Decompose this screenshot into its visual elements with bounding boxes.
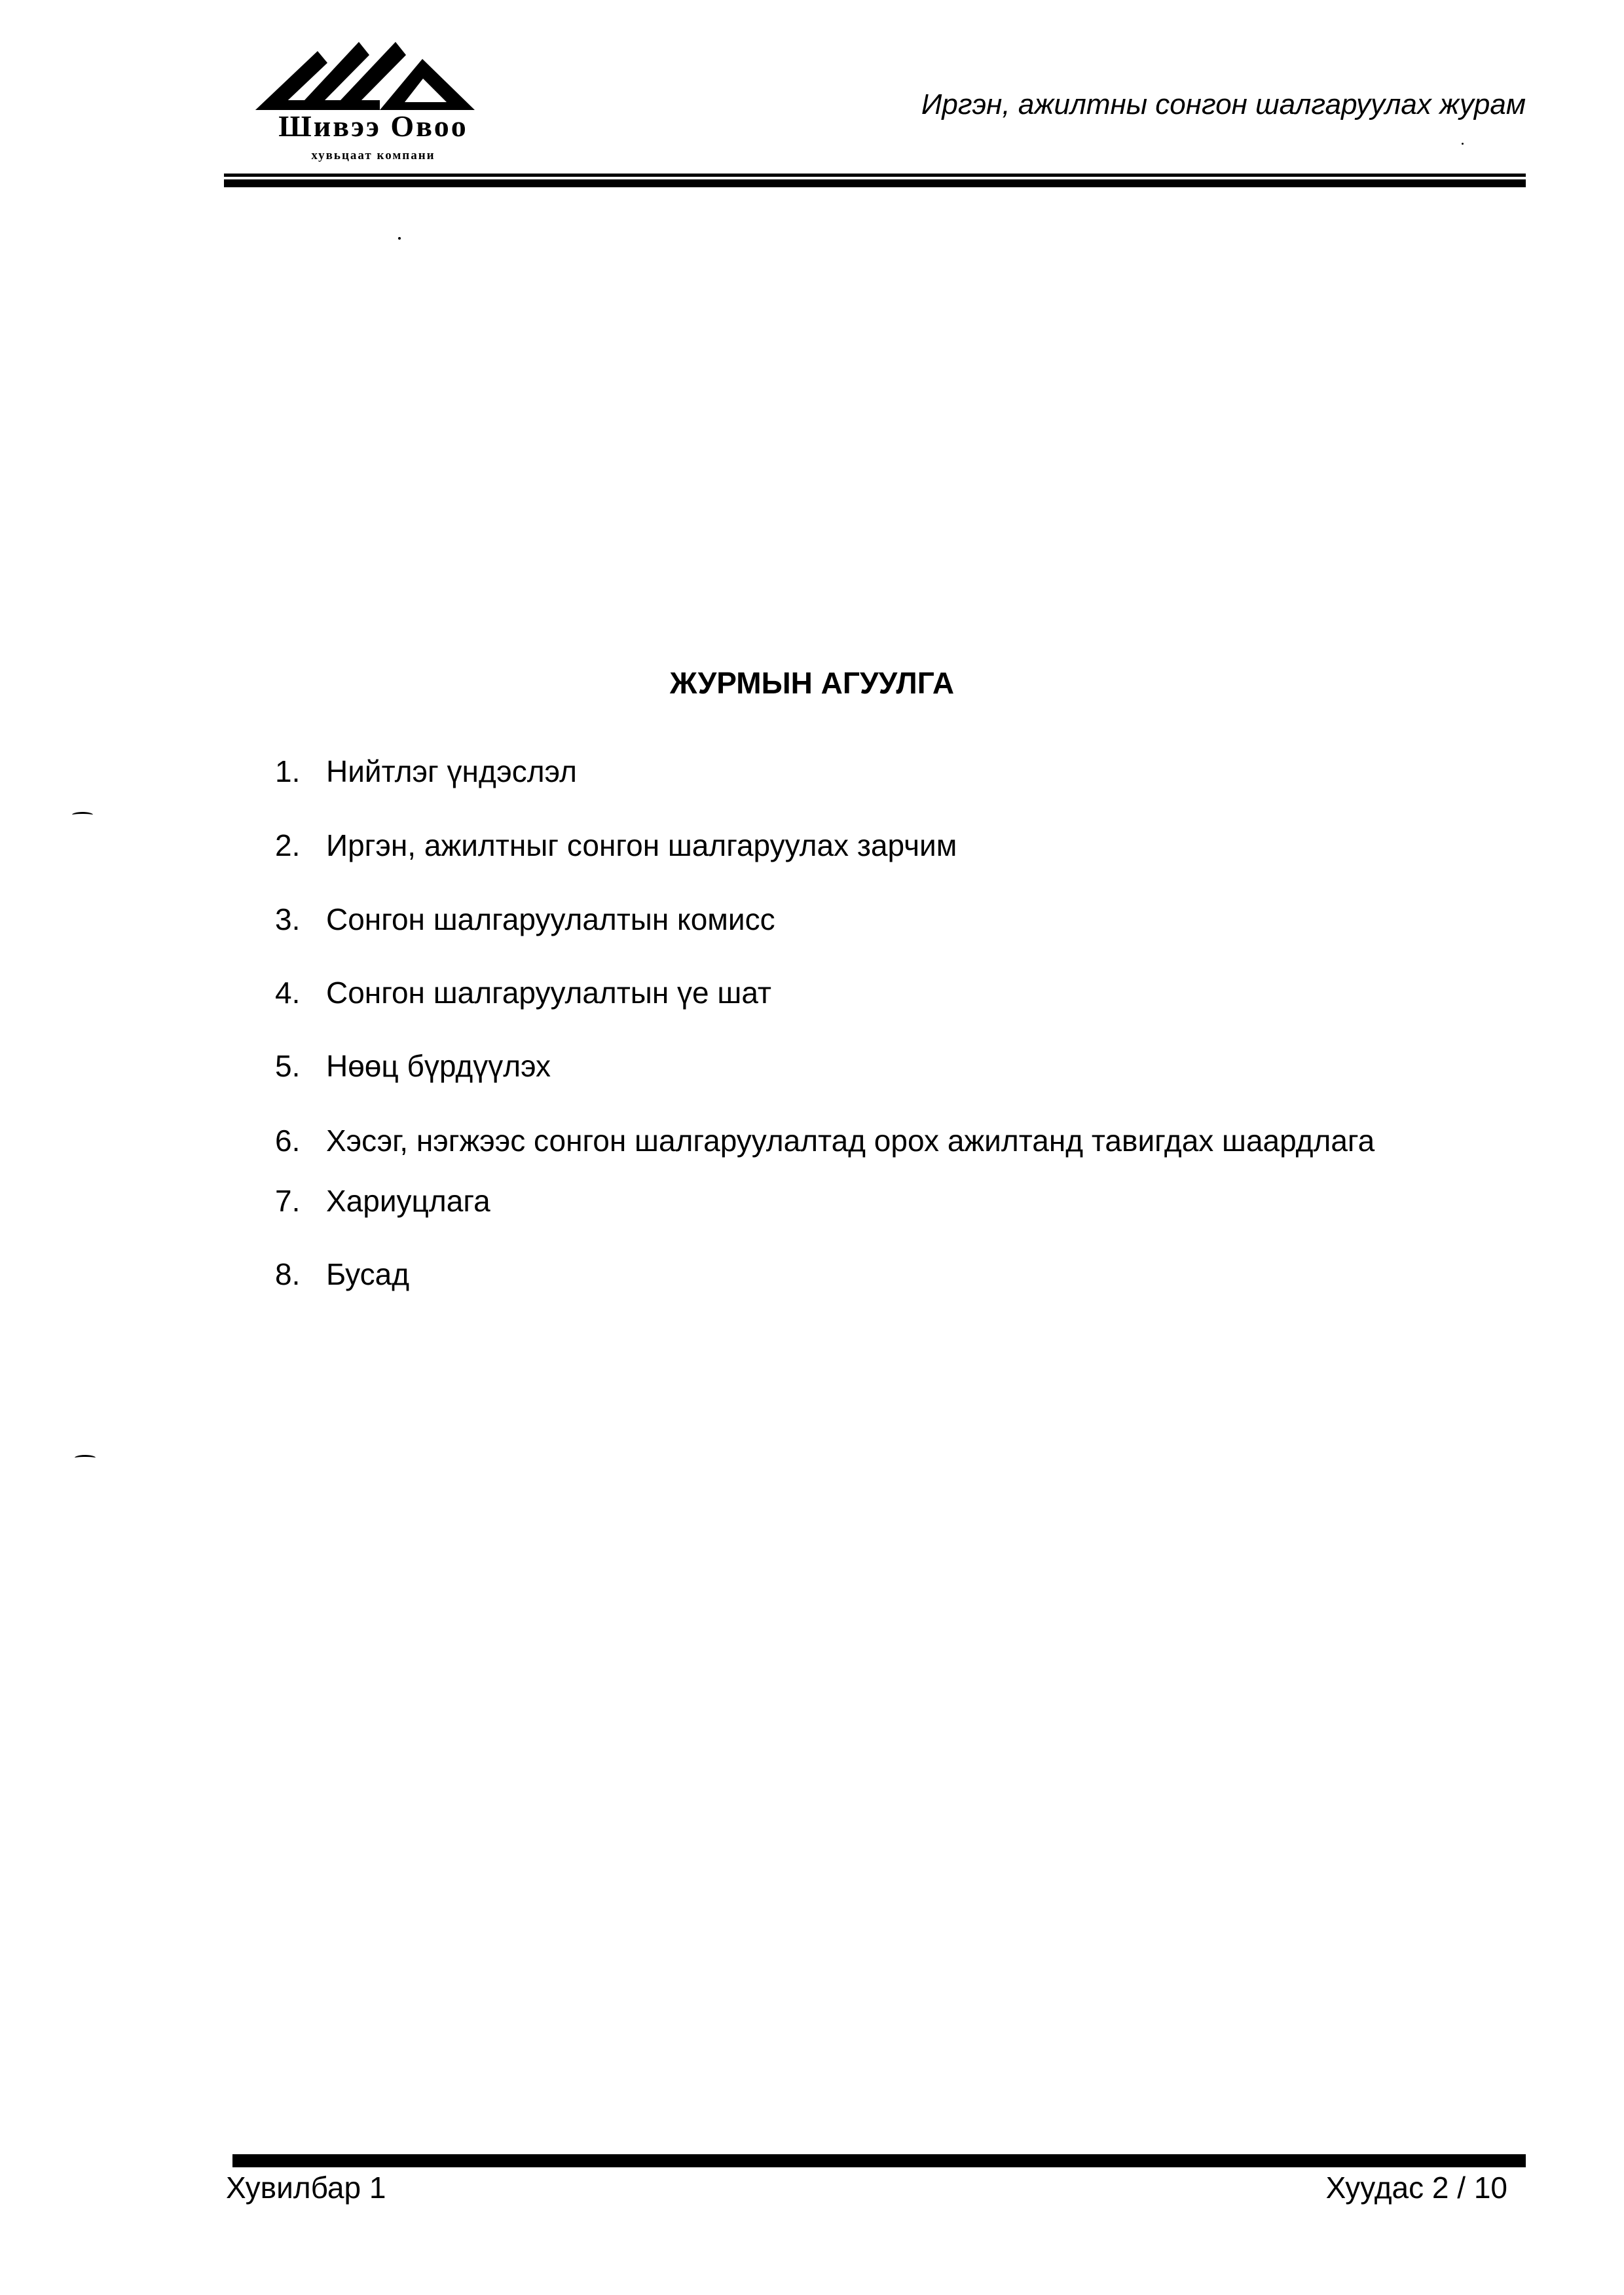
toc-item-label: Хариуцлага [326, 1184, 490, 1218]
margin-mark [72, 812, 93, 818]
company-name: Шивээ Овоо [249, 111, 498, 141]
toc-item-number: 3. [275, 904, 326, 934]
toc-item-number: 7. [275, 1186, 326, 1216]
toc-item: 3.Сонгон шалгаруулалтын комисс [275, 904, 775, 934]
toc-item: 2.Иргэн, ажилтныг сонгон шалгаруулах зар… [275, 830, 957, 860]
footer-page-number: Хуудас 2 / 10 [1326, 2173, 1507, 2203]
header-divider [224, 174, 1526, 177]
toc-item-label: Сонгон шалгаруулалтын комисс [326, 902, 775, 936]
scan-speck [1462, 143, 1464, 145]
company-logo: Шивээ Овоо хувьцаат компани [249, 38, 498, 169]
toc-item-label: Иргэн, ажилтныг сонгон шалгаруулах зарчи… [326, 828, 957, 862]
toc-item: 1.Нийтлэг үндэслэл [275, 756, 577, 786]
scan-speck [398, 237, 401, 240]
toc-item: 5.Нөөц бүрдүүлэх [275, 1051, 551, 1081]
toc-item-label: Нөөц бүрдүүлэх [326, 1049, 551, 1083]
toc-item: 7.Хариуцлага [275, 1186, 490, 1216]
toc-item: 8.Бусад [275, 1259, 409, 1289]
footer-version: Хувилбар 1 [226, 2173, 386, 2203]
toc-title: ЖУРМЫН АГУУЛГА [0, 668, 1624, 698]
toc-item-number: 1. [275, 756, 326, 786]
toc-item: 6.Хэсэг, нэгжээс сонгон шалгаруулалтад о… [275, 1126, 1375, 1156]
toc-item-number: 6. [275, 1126, 326, 1156]
toc-item-label: Хэсэг, нэгжээс сонгон шалгаруулалтад оро… [326, 1124, 1375, 1158]
toc-item-number: 5. [275, 1051, 326, 1081]
toc-item-label: Сонгон шалгаруулалтын үе шат [326, 976, 771, 1010]
toc-item-number: 4. [275, 978, 326, 1008]
margin-mark [75, 1455, 96, 1461]
toc-item: 4.Сонгон шалгаруулалтын үе шат [275, 978, 771, 1008]
header-divider-thick [224, 179, 1526, 187]
footer-divider [232, 2154, 1526, 2167]
toc-item-label: Нийтлэг үндэслэл [326, 754, 577, 788]
toc-item-number: 8. [275, 1259, 326, 1289]
toc-item-label: Бусад [326, 1257, 409, 1291]
mountain-sh-logo-icon [249, 38, 498, 113]
document-title: Иргэн, ажилтны сонгон шалгаруулах журам [921, 90, 1526, 119]
company-type: хувьцаат компани [249, 149, 498, 162]
toc-item-number: 2. [275, 830, 326, 860]
